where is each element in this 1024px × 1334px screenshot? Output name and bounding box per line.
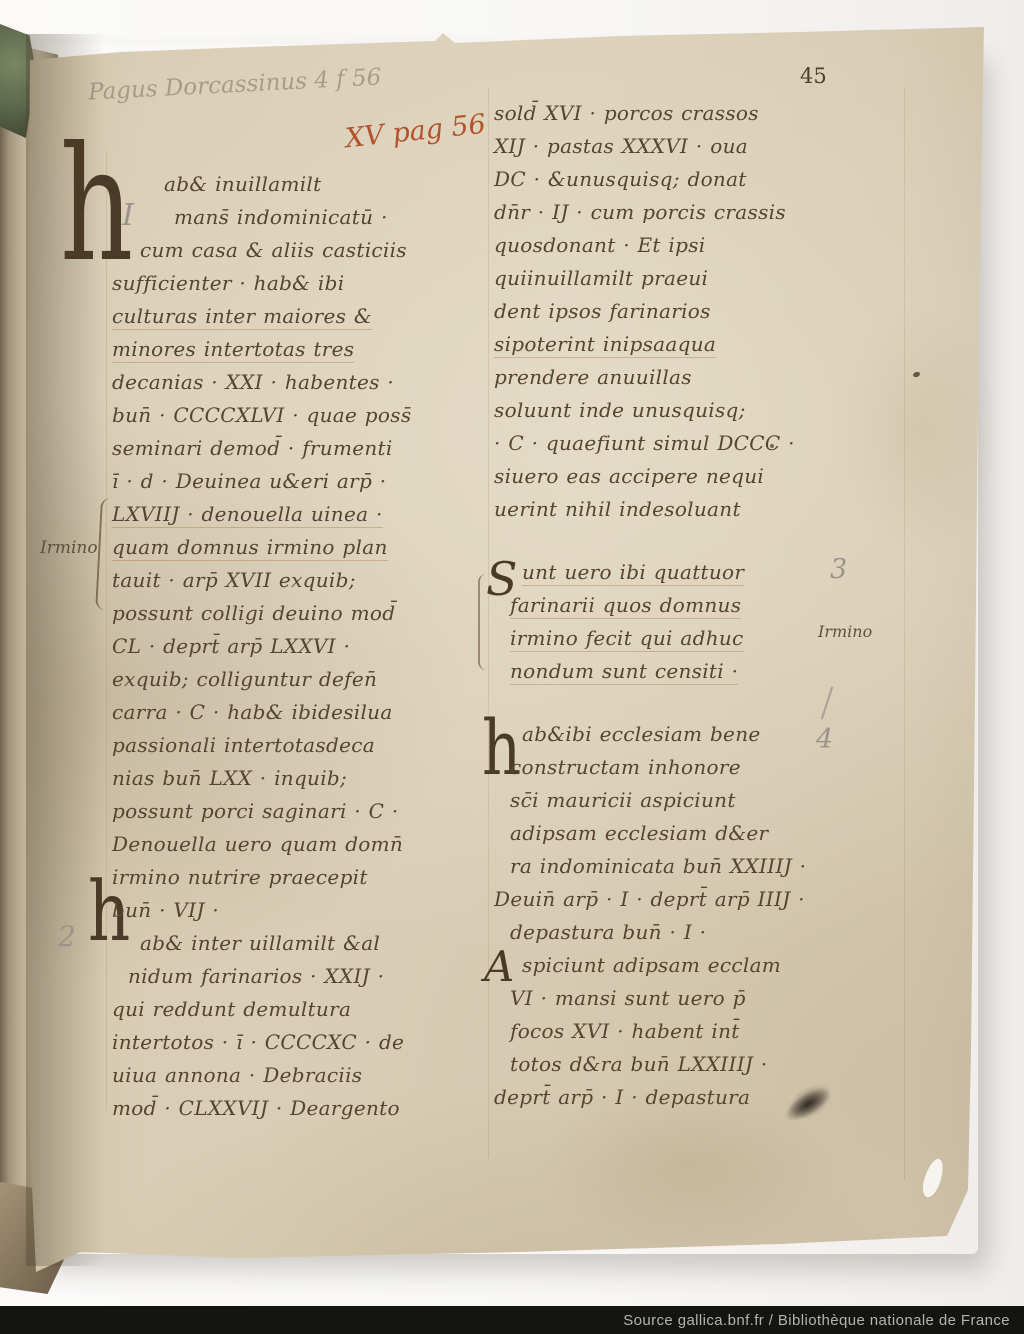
manuscript-text-line: · C · quaefiunt simul DCCC · <box>494 427 894 460</box>
manuscript-text-line: ab& inuillamilt <box>164 168 494 201</box>
manuscript-text-line: uerint nihil indesoluant <box>494 493 894 526</box>
manuscript-text-line: dent ipsos farinarios <box>494 295 894 328</box>
manuscript-text-line: focos XVI · habent int̄ <box>510 1015 894 1048</box>
manuscript-text-line: tauit · arp̄ XVII exquib; <box>112 564 494 597</box>
manuscript-text-line: irmino fecit qui adhuc <box>510 622 894 655</box>
margin-note-irmino-left: Irmino <box>40 538 98 558</box>
manuscript-text-line: bun̄ · CCCCXLVI · quae poss̄ <box>112 399 494 432</box>
manuscript-text-line: DC · &unusquisq; donat <box>494 163 894 196</box>
text-column-right: sold̄ XVI · porcos crassosXIJ · pastas X… <box>494 97 894 1114</box>
manuscript-text-line: quosdonant · Et ipsi <box>494 229 894 262</box>
manuscript-text-line: sipoterint inipsaaqua <box>494 328 894 361</box>
manuscript-text-line: seminari demod̄ · frumenti <box>112 432 494 465</box>
manuscript-text-line: totos d&ra bun̄ LXXIIIJ · <box>510 1048 894 1081</box>
gallica-footer-bar: Source gallica.bnf.fr / Bibliothèque nat… <box>0 1306 1024 1334</box>
manuscript-text-line: sufficienter · hab& ibi <box>112 267 494 300</box>
manuscript-text-line: dn̄r · IJ · cum porcis crassis <box>494 196 894 229</box>
manuscript-text-line: nidum farinarios · XXIJ · <box>128 960 494 993</box>
manuscript-text-line: LXVIIJ · denouella uinea · <box>112 498 494 531</box>
manuscript-text-line: mans̄ indominicatū · <box>174 201 494 234</box>
manuscript-text-line: quiinuillamilt praeui <box>494 262 894 295</box>
manuscript-text-line: deprt̄ arp̄ · I · depastura <box>494 1081 894 1114</box>
manuscript-text-line: nondum sunt censiti · <box>510 655 894 688</box>
manuscript-text-line: quam domnus irmino plan <box>112 531 494 564</box>
manuscript-text-line: CL · deprt̄ arp̄ LXXVI · <box>112 630 494 663</box>
manuscript-text-line: sc̄i mauricii aspiciunt <box>510 784 894 817</box>
manuscript-text-line: cum casa & aliis casticiis <box>140 234 494 267</box>
manuscript-text-line: culturas inter maiores & <box>112 300 494 333</box>
manuscript-text-line: minores intertotas tres <box>112 333 494 366</box>
manuscript-text-line: irmino nutrire praecepit <box>112 861 494 894</box>
manuscript-text-line: uiua annona · Debraciis <box>112 1059 494 1092</box>
manuscript-text-line: soluunt inde unusquisq; <box>494 394 894 427</box>
manuscript-text-line: carra · C · hab& ibidesilua <box>112 696 494 729</box>
manuscript-text-line: ab& inter uillamilt &al <box>140 927 494 960</box>
manuscript-text-line: ab&ibi ecclesiam bene <box>522 718 894 751</box>
manuscript-text-line: possunt colligi deuino mod̄ <box>112 597 494 630</box>
source-attribution-label: Source gallica.bnf.fr / Bibliothèque nat… <box>623 1312 1010 1329</box>
manuscript-text-line: qui reddunt demultura <box>112 993 494 1026</box>
manuscript-text-line: passionali intertotasdeca <box>112 729 494 762</box>
pencil-mark-2: 2 <box>58 920 76 953</box>
manuscript-text-line: Deuin̄ arp̄ · I · deprt̄ arp̄ IIIJ · <box>494 883 894 916</box>
manuscript-text-line: spiciunt adipsam ecclam <box>522 949 894 982</box>
manuscript-text-line: farinarii quos domnus <box>510 589 894 622</box>
manuscript-text-line: mod̄ · CLXXVIJ · Deargento <box>112 1092 494 1125</box>
manuscript-text-line: ra indominicata bun̄ XXIIIJ · <box>510 850 894 883</box>
manuscript-text-line: depastura bun̄ · I · <box>510 916 894 949</box>
text-column-left: ab& inuillamiltmans̄ indominicatū ·cum c… <box>112 168 494 1125</box>
manuscript-text-line: exquib; colliguntur defen̄ <box>112 663 494 696</box>
manuscript-text-line: XIJ · pastas XXXVI · oua <box>494 130 894 163</box>
manuscript-text-line: bun̄ · VIJ · <box>112 894 494 927</box>
manuscript-text-line: VI · mansi sunt uero p̄ <box>510 982 894 1015</box>
manuscript-text-line: prendere anuuillas <box>494 361 894 394</box>
manuscript-text-line: intertotos · ī · CCCCXC · de <box>112 1026 494 1059</box>
manuscript-text-line: decanias · XXI · habentes · <box>112 366 494 399</box>
manuscript-text-line: sold̄ XVI · porcos crassos <box>494 97 894 130</box>
manuscript-text-line: ī · d · Deuinea u&eri arp̄ · <box>112 465 494 498</box>
ruling-line <box>904 88 905 1180</box>
manuscript-text-line: constructam inhonore <box>510 751 894 784</box>
manuscript-text-line: nias bun̄ LXX · inquib; <box>112 762 494 795</box>
manuscript-text-line: unt uero ibi quattuor <box>522 556 894 589</box>
manuscript-text-line: adipsam ecclesiam d&er <box>510 817 894 850</box>
folio-number: 45 <box>800 64 827 88</box>
manuscript-photo: Pagus Dorcassinus 4 f 56 XV pag 56 45 Ir… <box>0 0 1024 1334</box>
manuscript-text-line: Denouella uero quam domn̄ <box>112 828 494 861</box>
manuscript-text-line: siuero eas accipere nequi <box>494 460 894 493</box>
manuscript-text-line: possunt porci saginari · C · <box>112 795 494 828</box>
